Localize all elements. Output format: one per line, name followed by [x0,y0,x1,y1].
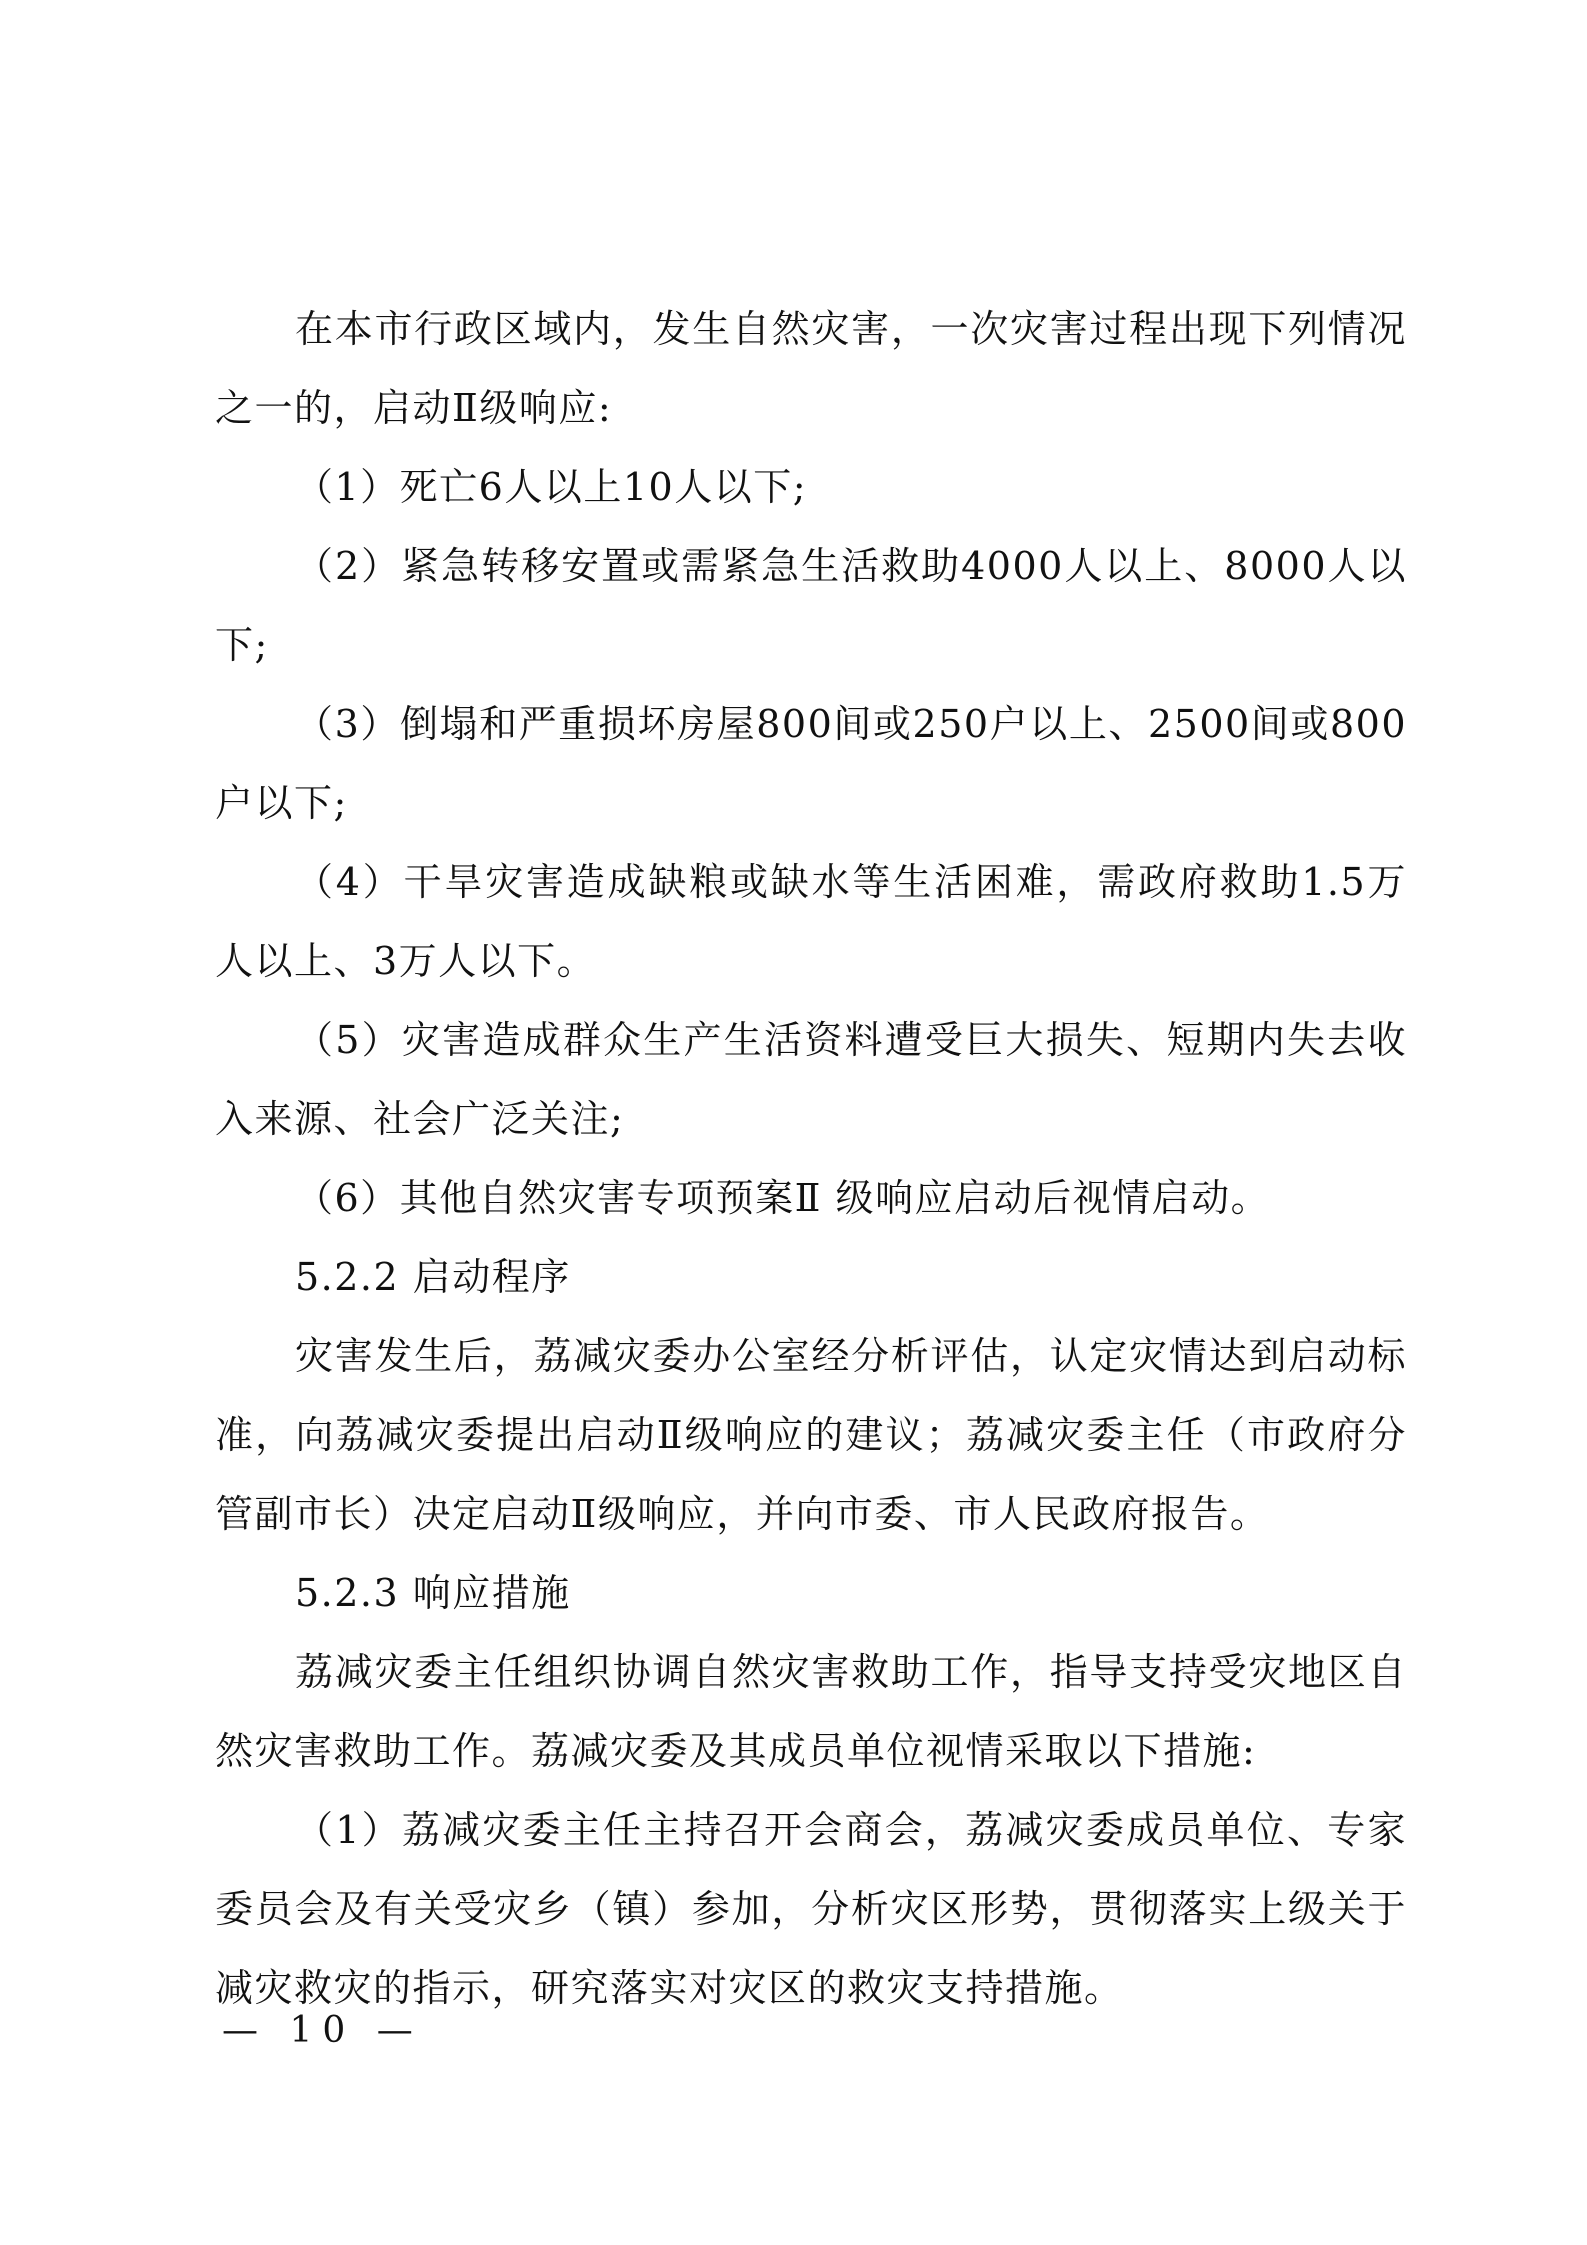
paragraph-criterion-5: （5）灾害造成群众生产生活资料遭受巨大损失、短期内失去收入来源、社会广泛关注; [215,1001,1407,1159]
document-body: 在本市行政区域内，发生自然灾害，一次灾害过程出现下列情况之一的，启动Ⅱ级响应: … [215,290,1407,2028]
paragraph-criterion-3: （3）倒塌和严重损坏房屋800间或250户以上、2500间或800户以下; [215,685,1407,843]
section-heading-5-2-3: 5.2.3 响应措施 [215,1554,1407,1633]
page-number: — 10 — [222,2010,423,2051]
section-heading-5-2-2: 5.2.2 启动程序 [215,1238,1407,1317]
paragraph-criterion-6: （6）其他自然灾害专项预案Ⅱ 级响应启动后视情启动。 [215,1159,1407,1238]
paragraph-level2-criteria-intro: 在本市行政区域内，发生自然灾害，一次灾害过程出现下列情况之一的，启动Ⅱ级响应: [215,290,1407,448]
paragraph-response-measures-intro: 荔减灾委主任组织协调自然灾害救助工作，指导支持受灾地区自然灾害救助工作。荔减灾委… [215,1633,1407,1791]
paragraph-criterion-4: （4）干旱灾害造成缺粮或缺水等生活困难，需政府救助1.5万人以上、3万人以下。 [215,843,1407,1001]
paragraph-criterion-2: （2）紧急转移安置或需紧急生活救助4000人以上、8000人以下; [215,527,1407,685]
paragraph-measure-1: （1）荔减灾委主任主持召开会商会，荔减灾委成员单位、专家委员会及有关受灾乡（镇）… [215,1791,1407,2028]
paragraph-criterion-1: （1）死亡6人以上10人以下; [215,448,1407,527]
paragraph-startup-procedure: 灾害发生后，荔减灾委办公室经分析评估，认定灾情达到启动标准，向荔减灾委提出启动Ⅱ… [215,1317,1407,1554]
